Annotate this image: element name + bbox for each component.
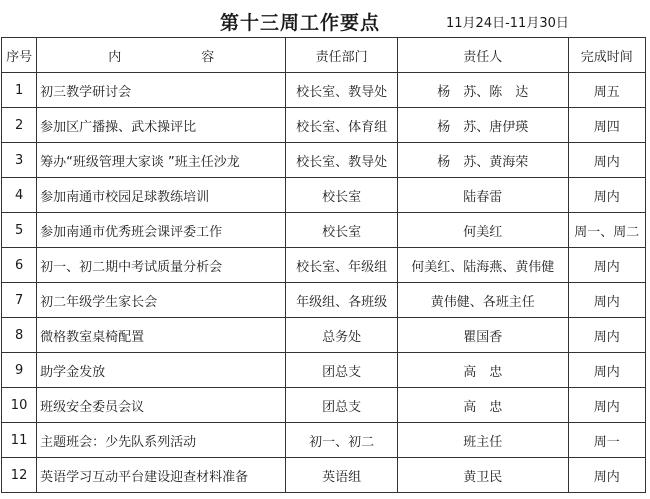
cell-no: 12 bbox=[2, 458, 37, 493]
table-row: 1 初三教学研讨会 校长室、教导处 杨 苏、陈 达 周五 bbox=[2, 73, 646, 108]
cell-person: 瞿国香 bbox=[397, 318, 568, 353]
table-row: 10 班级安全委员会议 团总支 高 忠 周内 bbox=[2, 388, 646, 423]
cell-dept: 校长室 bbox=[286, 178, 398, 213]
cell-person: 杨 苏、唐伊瑛 bbox=[397, 108, 568, 143]
work-plan-table: 序号 内容 责任部门 责任人 完成时间 1 初三教学研讨会 校长室、教导处 杨 … bbox=[1, 37, 646, 493]
cell-dept: 团总支 bbox=[286, 388, 398, 423]
cell-dept: 校长室、年级组 bbox=[286, 248, 398, 283]
cell-person: 杨 苏、黄海荣 bbox=[397, 143, 568, 178]
header-dept: 责任部门 bbox=[286, 38, 398, 73]
cell-no: 7 bbox=[2, 283, 37, 318]
table-row: 4 参加南通市校园足球教练培训 校长室 陆春雷 周内 bbox=[2, 178, 646, 213]
cell-person: 高 忠 bbox=[397, 388, 568, 423]
cell-dept: 校长室、体育组 bbox=[286, 108, 398, 143]
cell-person: 黄卫民 bbox=[397, 458, 568, 493]
cell-content: 初三教学研讨会 bbox=[37, 73, 286, 108]
table-row: 3 筹办“班级管理大家谈 ”班主任沙龙 校长室、教导处 杨 苏、黄海荣 周内 bbox=[2, 143, 646, 178]
cell-time: 周四 bbox=[568, 108, 645, 143]
cell-no: 4 bbox=[2, 178, 37, 213]
cell-person: 杨 苏、陈 达 bbox=[397, 73, 568, 108]
cell-person: 何美红、陆海燕、黄伟健 bbox=[397, 248, 568, 283]
cell-dept: 校长室、教导处 bbox=[286, 73, 398, 108]
cell-content: 微格教室桌椅配置 bbox=[37, 318, 286, 353]
cell-time: 周一 bbox=[568, 423, 645, 458]
cell-dept: 团总支 bbox=[286, 353, 398, 388]
cell-content: 助学金发放 bbox=[37, 353, 286, 388]
cell-content: 班级安全委员会议 bbox=[37, 388, 286, 423]
cell-time: 周内 bbox=[568, 143, 645, 178]
table-row: 2 参加区广播操、武术操评比 校长室、体育组 杨 苏、唐伊瑛 周四 bbox=[2, 108, 646, 143]
cell-content: 参加区广播操、武术操评比 bbox=[37, 108, 286, 143]
header-content: 内容 bbox=[37, 38, 286, 73]
header-content-part-2: 容 bbox=[201, 46, 214, 65]
header-time: 完成时间 bbox=[568, 38, 645, 73]
date-range: 11月24日-11月30日 bbox=[446, 12, 569, 31]
cell-person: 黄伟健、各班主任 bbox=[397, 283, 568, 318]
cell-time: 周内 bbox=[568, 248, 645, 283]
table-row: 11 主题班会：少先队系列活动 初一、初二 班主任 周一 bbox=[2, 423, 646, 458]
cell-content: 参加南通市校园足球教练培训 bbox=[37, 178, 286, 213]
cell-no: 11 bbox=[2, 423, 37, 458]
cell-dept: 校长室、教导处 bbox=[286, 143, 398, 178]
cell-time: 周内 bbox=[568, 353, 645, 388]
cell-time: 周内 bbox=[568, 283, 645, 318]
cell-content: 初一、初二期中考试质量分析会 bbox=[37, 248, 286, 283]
cell-person: 何美红 bbox=[397, 213, 568, 248]
cell-person: 陆春雷 bbox=[397, 178, 568, 213]
header-no: 序号 bbox=[2, 38, 37, 73]
cell-no: 2 bbox=[2, 108, 37, 143]
cell-time: 周内 bbox=[568, 458, 645, 493]
cell-no: 3 bbox=[2, 143, 37, 178]
header-person: 责任人 bbox=[397, 38, 568, 73]
cell-time: 周五 bbox=[568, 73, 645, 108]
title-bar: 第十三周工作要点 11月24日-11月30日 bbox=[0, 0, 650, 38]
table-header-row: 序号 内容 责任部门 责任人 完成时间 bbox=[2, 38, 646, 73]
cell-dept: 英语组 bbox=[286, 458, 398, 493]
cell-no: 5 bbox=[2, 213, 37, 248]
cell-no: 6 bbox=[2, 248, 37, 283]
cell-dept: 年级组、各班级 bbox=[286, 283, 398, 318]
table-row: 12 英语学习互动平台建设迎查材料准备 英语组 黄卫民 周内 bbox=[2, 458, 646, 493]
header-content-part-1: 内 bbox=[108, 46, 121, 65]
cell-dept: 初一、初二 bbox=[286, 423, 398, 458]
cell-person: 高 忠 bbox=[397, 353, 568, 388]
cell-time: 周内 bbox=[568, 318, 645, 353]
cell-time: 周一、周二 bbox=[568, 213, 645, 248]
cell-no: 1 bbox=[2, 73, 37, 108]
cell-time: 周内 bbox=[568, 388, 645, 423]
cell-content: 主题班会：少先队系列活动 bbox=[37, 423, 286, 458]
cell-time: 周内 bbox=[568, 178, 645, 213]
cell-content: 初二年级学生家长会 bbox=[37, 283, 286, 318]
cell-content: 英语学习互动平台建设迎查材料准备 bbox=[37, 458, 286, 493]
cell-no: 9 bbox=[2, 353, 37, 388]
page-title: 第十三周工作要点 bbox=[220, 8, 380, 35]
cell-dept: 校长室 bbox=[286, 213, 398, 248]
cell-content: 参加南通市优秀班会课评委工作 bbox=[37, 213, 286, 248]
table-row: 7 初二年级学生家长会 年级组、各班级 黄伟健、各班主任 周内 bbox=[2, 283, 646, 318]
table-row: 9 助学金发放 团总支 高 忠 周内 bbox=[2, 353, 646, 388]
cell-no: 8 bbox=[2, 318, 37, 353]
cell-dept: 总务处 bbox=[286, 318, 398, 353]
cell-content: 筹办“班级管理大家谈 ”班主任沙龙 bbox=[37, 143, 286, 178]
table-row: 5 参加南通市优秀班会课评委工作 校长室 何美红 周一、周二 bbox=[2, 213, 646, 248]
table-row: 8 微格教室桌椅配置 总务处 瞿国香 周内 bbox=[2, 318, 646, 353]
table-row: 6 初一、初二期中考试质量分析会 校长室、年级组 何美红、陆海燕、黄伟健 周内 bbox=[2, 248, 646, 283]
cell-no: 10 bbox=[2, 388, 37, 423]
cell-person: 班主任 bbox=[397, 423, 568, 458]
